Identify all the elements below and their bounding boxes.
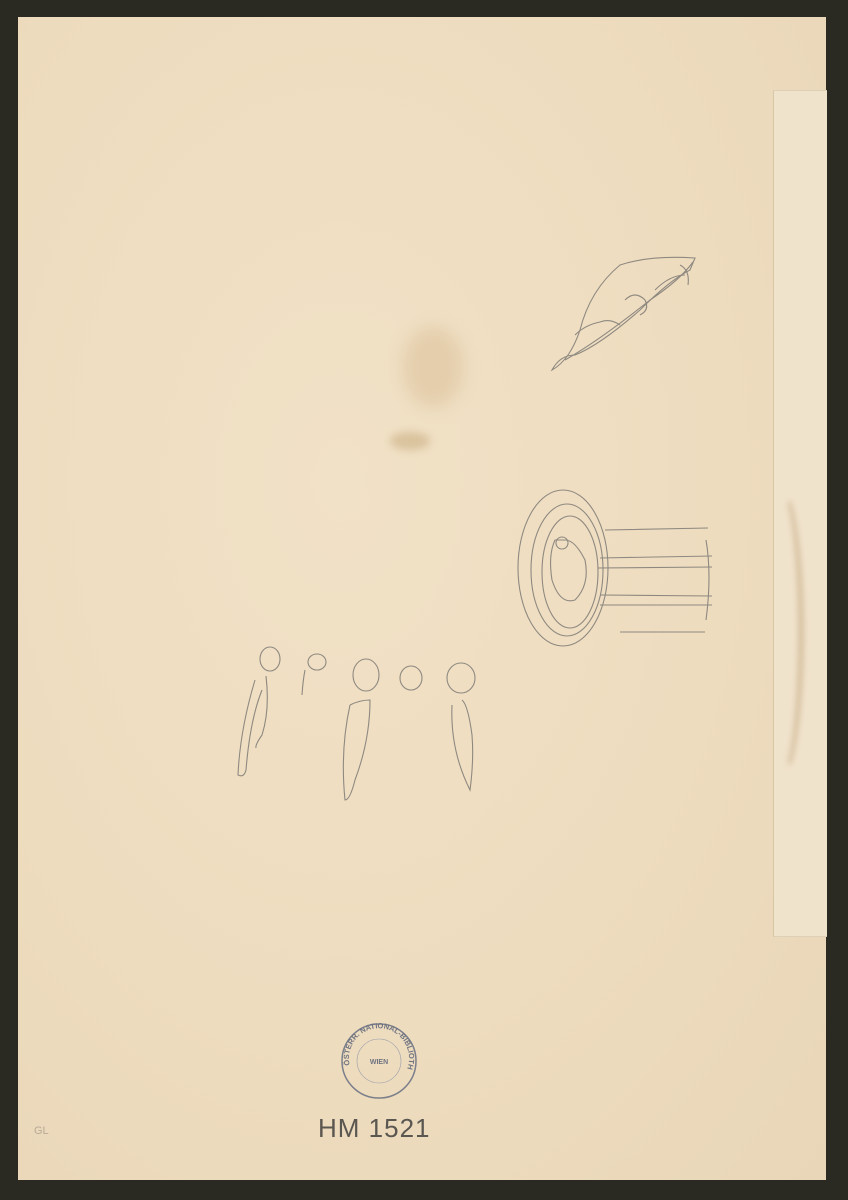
medallion-sketch [518,490,712,646]
pencil-sketches [0,0,848,1200]
banner-sketch [552,257,695,370]
library-stamp: ÖSTERR. NATIONAL-BIBLIOTHEK WIEN [339,1021,419,1101]
stamp-center-text: WIEN [370,1059,388,1066]
corner-mark: GL [34,1125,49,1137]
figure-sketches [238,647,475,800]
inventory-number: HM 1521 [318,1113,431,1144]
